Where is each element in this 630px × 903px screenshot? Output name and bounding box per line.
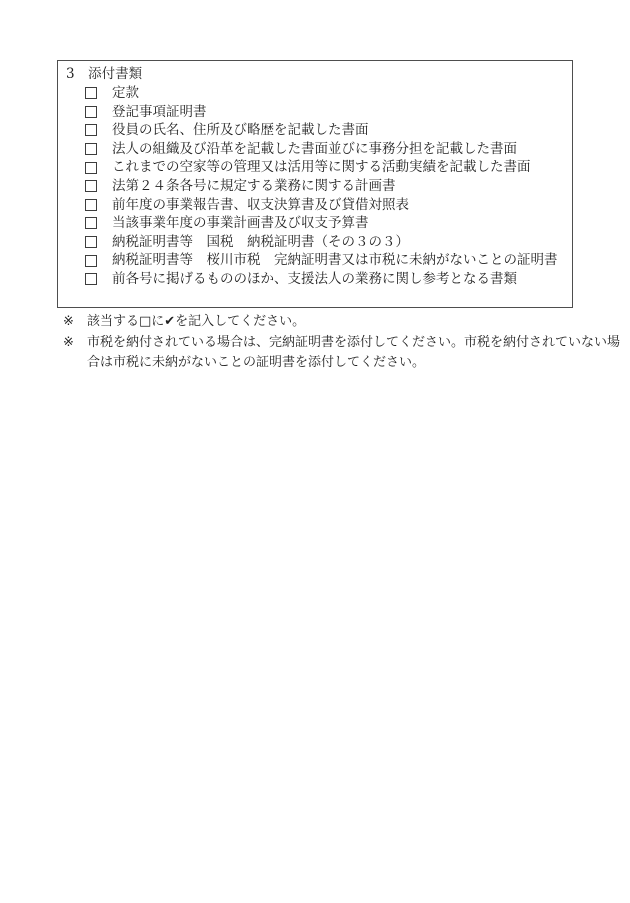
reference-mark-icon: ※ [63, 312, 87, 333]
attachment-item-label: 登記事項証明書 [112, 103, 207, 122]
checkbox-icon [85, 162, 97, 174]
reference-mark-icon: ※ [63, 333, 87, 354]
footnote-text: 市税を納付されている場合は、完納証明書を添付してください。市税を納付されていない… [87, 333, 620, 354]
attachment-item: 納税証明書等 国税 納税証明書（その３の３） [58, 233, 572, 252]
attachment-item-label: 納税証明書等 桜川市税 完納証明書又は市税に未納がないことの証明書 [112, 251, 558, 270]
attachment-item-label: 法第２４条各号に規定する業務に関する計画書 [112, 177, 396, 196]
footnote-text-continuation: 合は市税に未納がないことの証明書を添付してください。 [63, 353, 583, 374]
footnotes: ※ 該当する□に✔を記入してください。 ※ 市税を納付されている場合は、完納証明… [63, 312, 583, 374]
checkbox-icon [85, 87, 97, 99]
footnote-check-instruction: ※ 該当する□に✔を記入してください。 [63, 312, 583, 333]
footnote-tax-certificate: ※ 市税を納付されている場合は、完納証明書を添付してください。市税を納付されてい… [63, 333, 583, 354]
attachment-item: 登記事項証明書 [58, 103, 572, 122]
attachment-item-label: 前各号に掲げるもののほか、支援法人の業務に関し参考となる書類 [112, 270, 517, 289]
attachment-item-label: 定款 [112, 84, 139, 103]
attachment-item: 納税証明書等 桜川市税 完納証明書又は市税に未納がないことの証明書 [58, 251, 572, 270]
checkbox-icon [85, 199, 97, 211]
attachment-item: 前各号に掲げるもののほか、支援法人の業務に関し参考となる書類 [58, 270, 572, 289]
attachment-item-label: 役員の氏名、住所及び略歴を記載した書面 [112, 121, 369, 140]
checkbox-icon [85, 217, 97, 229]
checkbox-icon [85, 106, 97, 118]
checkbox-icon [85, 273, 97, 285]
attachment-item-label: 納税証明書等 国税 納税証明書（その３の３） [112, 233, 409, 252]
checkbox-icon [85, 124, 97, 136]
attachment-item: 役員の氏名、住所及び略歴を記載した書面 [58, 121, 572, 140]
checkbox-icon [85, 236, 97, 248]
document-page: { "colors": { "text": "#1f1f1f", "box_bo… [0, 0, 630, 903]
attachment-item: 定款 [58, 84, 572, 103]
checkbox-icon [85, 143, 97, 155]
attachment-item-label: 法人の組織及び沿革を記載した書面並びに事務分担を記載した書面 [112, 140, 517, 159]
attachment-item-label: 当該事業年度の事業計画書及び収支予算書 [112, 214, 369, 233]
attachment-item: 前年度の事業報告書、収支決算書及び貸借対照表 [58, 196, 572, 215]
attachment-item: 法第２４条各号に規定する業務に関する計画書 [58, 177, 572, 196]
section-title: 3 添付書類 [58, 65, 572, 84]
attachment-item: 法人の組織及び沿革を記載した書面並びに事務分担を記載した書面 [58, 140, 572, 159]
checkbox-icon [85, 180, 97, 192]
attachment-item: これまでの空家等の管理又は活用等に関する活動実績を記載した書面 [58, 158, 572, 177]
attachment-item-label: 前年度の事業報告書、収支決算書及び貸借対照表 [112, 196, 409, 215]
attachment-item-label: これまでの空家等の管理又は活用等に関する活動実績を記載した書面 [112, 158, 531, 177]
checkbox-icon [85, 255, 97, 267]
attachments-section-box: 3 添付書類 定款 登記事項証明書 役員の氏名、住所及び略歴を記載した書面 法人… [57, 60, 573, 308]
footnote-text: 該当する□に✔を記入してください。 [87, 312, 305, 333]
attachment-item: 当該事業年度の事業計画書及び収支予算書 [58, 214, 572, 233]
